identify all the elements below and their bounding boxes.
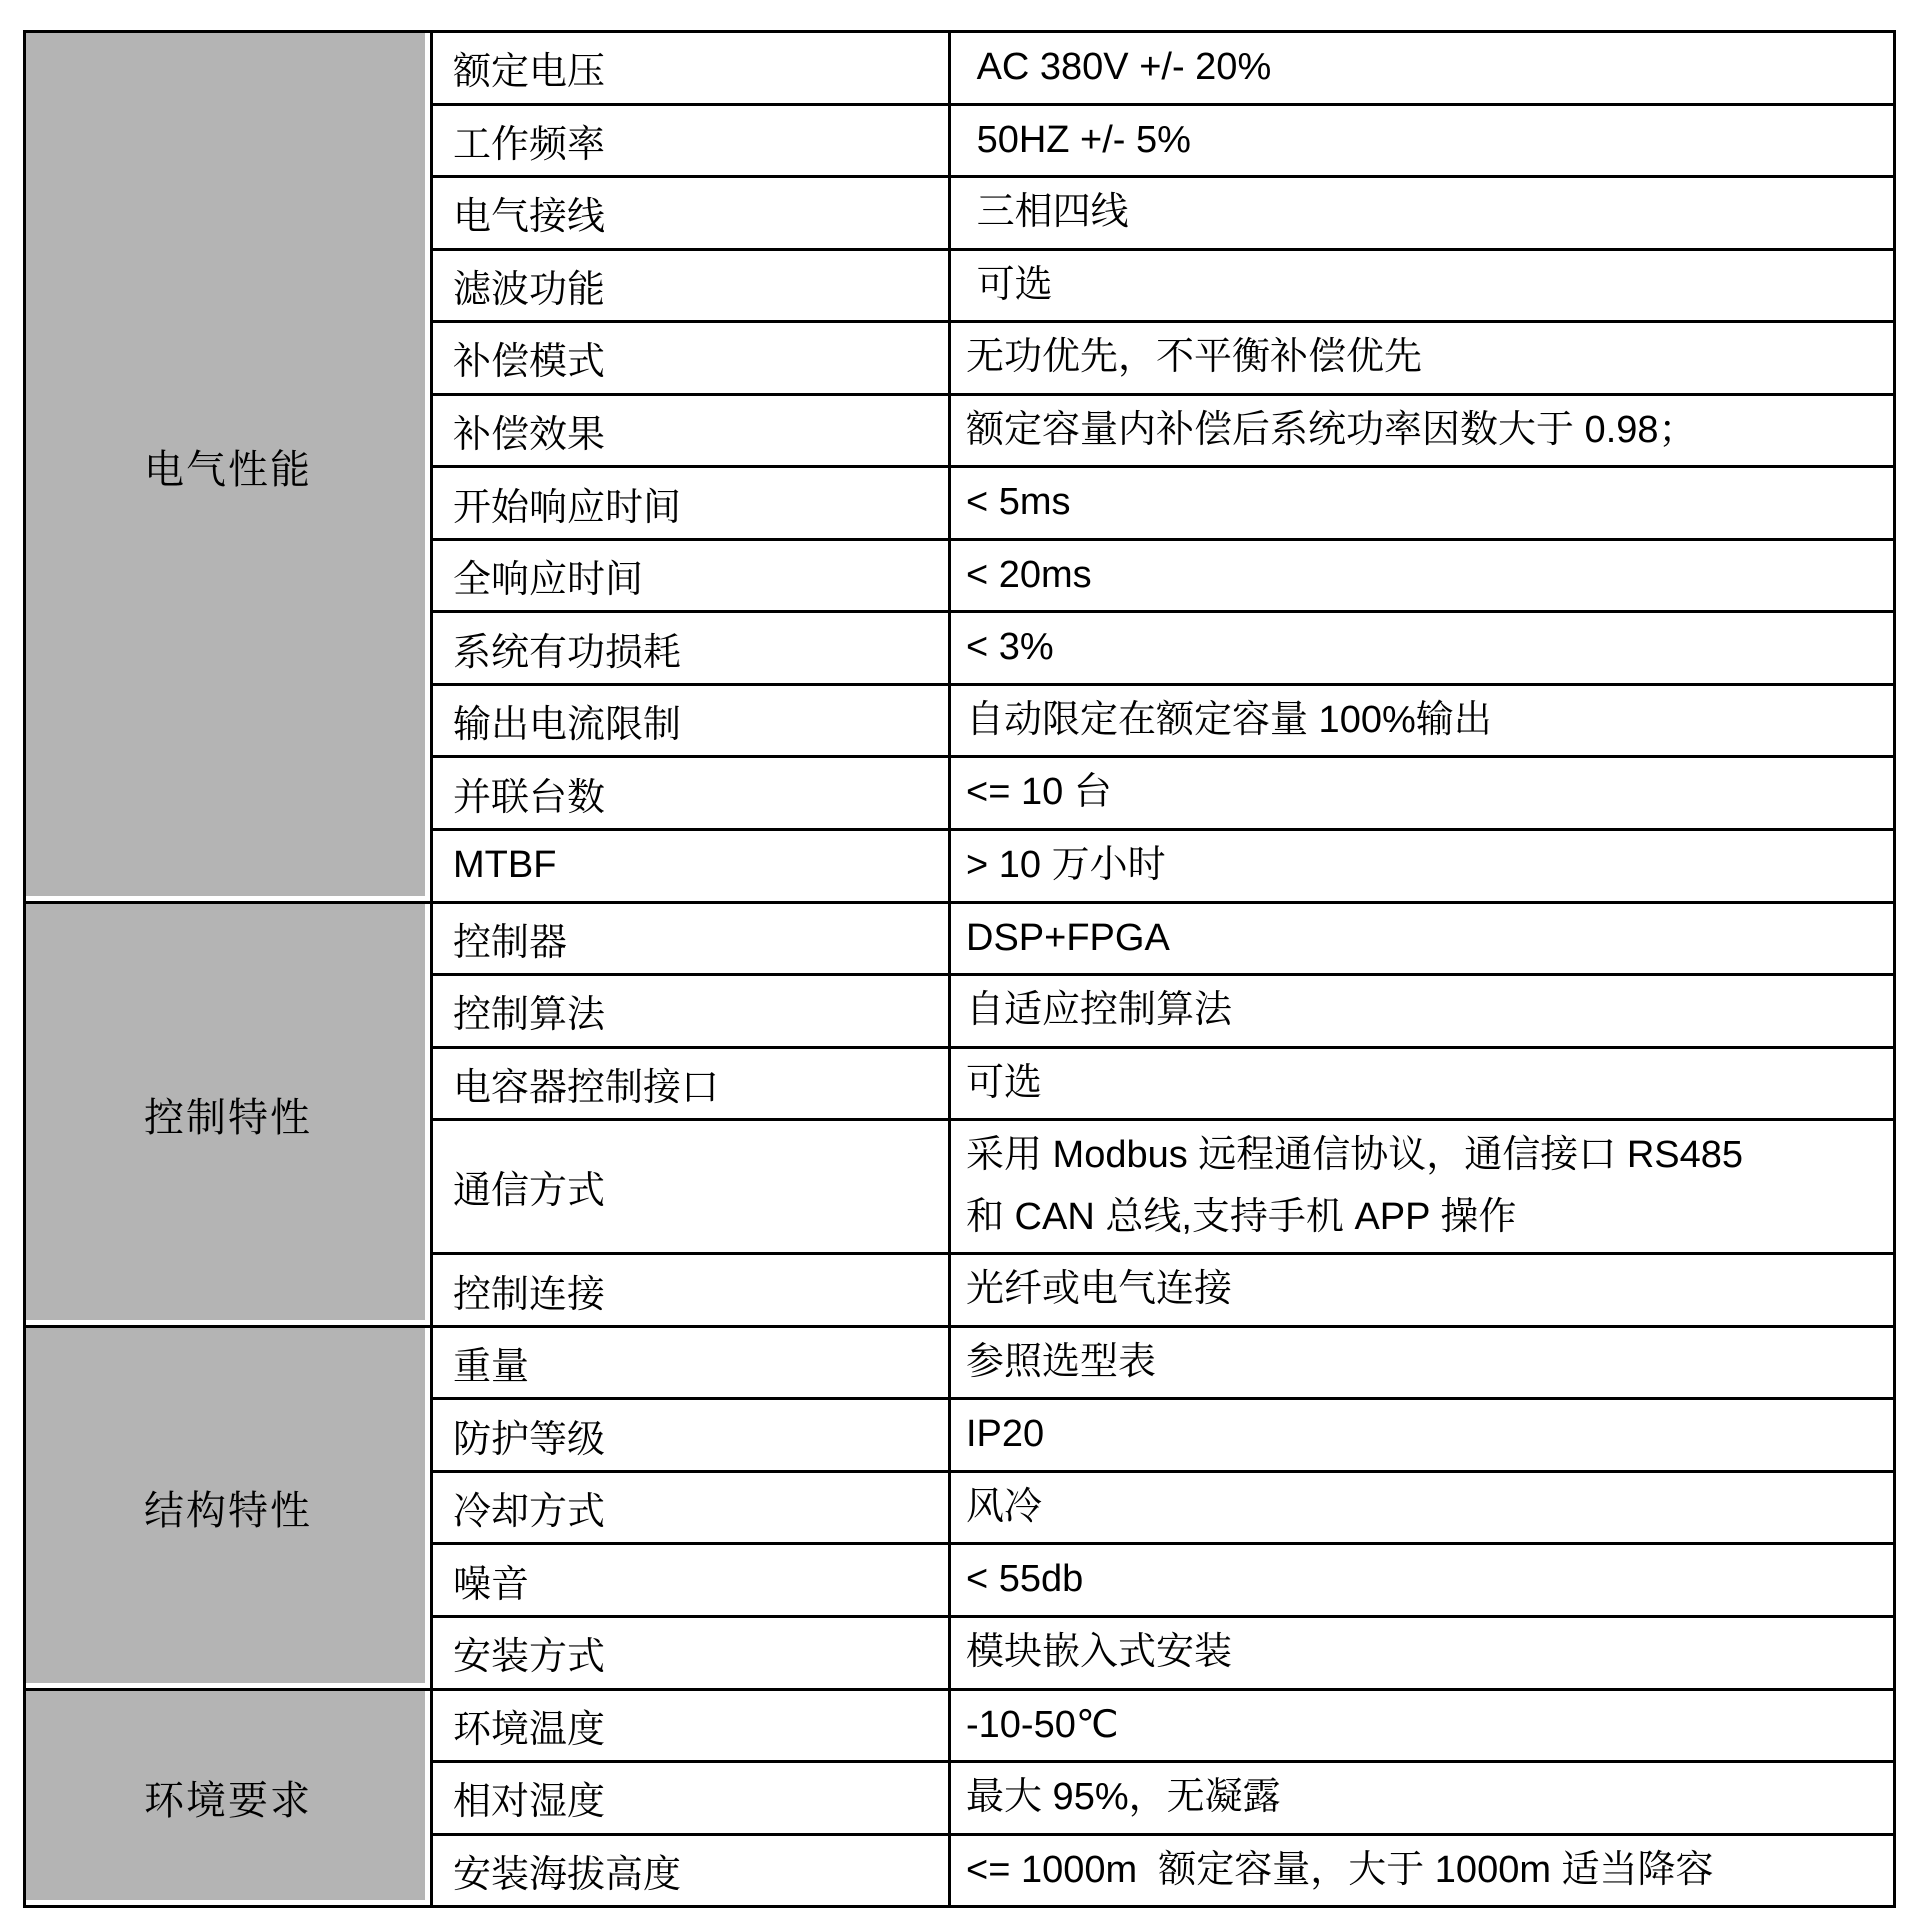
param-cell: 系统有功损耗 bbox=[432, 612, 950, 685]
value-cell: IP20 bbox=[950, 1399, 1895, 1472]
value-cell: < 55db bbox=[950, 1544, 1895, 1617]
param-cell: 全响应时间 bbox=[432, 539, 950, 612]
param-cell: 冷却方式 bbox=[432, 1471, 950, 1544]
page: { "colors": { "category_bg": "#b4b4b4", … bbox=[0, 0, 1920, 1909]
param-cell: 控制算法 bbox=[432, 975, 950, 1048]
value-cell: -10-50℃ bbox=[950, 1689, 1895, 1762]
value-cell: 模块嵌入式安装 bbox=[950, 1617, 1895, 1690]
param-cell: 输出电流限制 bbox=[432, 684, 950, 757]
param-cell: 补偿效果 bbox=[432, 394, 950, 467]
value-cell: 额定容量内补偿后系统功率因数大于 0.98； bbox=[950, 394, 1895, 467]
value-cell: < 20ms bbox=[950, 539, 1895, 612]
param-cell: 控制器 bbox=[432, 902, 950, 975]
table-row: 环境要求环境温度-10-50℃ bbox=[25, 1689, 1895, 1762]
param-cell: 电气接线 bbox=[432, 177, 950, 250]
param-cell: 控制连接 bbox=[432, 1254, 950, 1327]
value-cell: <= 10 台 bbox=[950, 757, 1895, 830]
value-cell: 三相四线 bbox=[950, 177, 1895, 250]
param-cell: 噪音 bbox=[432, 1544, 950, 1617]
param-cell: 通信方式 bbox=[432, 1120, 950, 1254]
param-cell: 环境温度 bbox=[432, 1689, 950, 1762]
param-cell: 相对湿度 bbox=[432, 1762, 950, 1835]
table-row: 结构特性重量参照选型表 bbox=[25, 1326, 1895, 1399]
value-cell: 可选 bbox=[950, 249, 1895, 322]
table-row: 电气性能额定电压 AC 380V +/- 20% bbox=[25, 32, 1895, 105]
param-cell: 工作频率 bbox=[432, 104, 950, 177]
category-cell: 控制特性 bbox=[25, 902, 432, 1326]
param-cell: 防护等级 bbox=[432, 1399, 950, 1472]
value-cell: 无功优先，不平衡补偿优先 bbox=[950, 322, 1895, 395]
value-cell: 参照选型表 bbox=[950, 1326, 1895, 1399]
category-cell: 结构特性 bbox=[25, 1326, 432, 1689]
value-cell: DSP+FPGA bbox=[950, 902, 1895, 975]
param-cell: MTBF bbox=[432, 830, 950, 903]
value-cell: > 10 万小时 bbox=[950, 830, 1895, 903]
param-cell: 并联台数 bbox=[432, 757, 950, 830]
value-cell: < 5ms bbox=[950, 467, 1895, 540]
value-cell: < 3% bbox=[950, 612, 1895, 685]
value-cell: <= 1000m 额定容量，大于 1000m 适当降容 bbox=[950, 1834, 1895, 1907]
category-cell: 环境要求 bbox=[25, 1689, 432, 1907]
param-cell: 额定电压 bbox=[432, 32, 950, 105]
value-cell: 光纤或电气连接 bbox=[950, 1254, 1895, 1327]
category-cell: 电气性能 bbox=[25, 32, 432, 903]
param-cell: 滤波功能 bbox=[432, 249, 950, 322]
value-cell: AC 380V +/- 20% bbox=[950, 32, 1895, 105]
param-cell: 重量 bbox=[432, 1326, 950, 1399]
value-cell: 自适应控制算法 bbox=[950, 975, 1895, 1048]
spec-table-body: 电气性能额定电压 AC 380V +/- 20%工作频率 50HZ +/- 5%… bbox=[25, 32, 1895, 1907]
table-row: 控制特性控制器DSP+FPGA bbox=[25, 902, 1895, 975]
param-cell: 开始响应时间 bbox=[432, 467, 950, 540]
param-cell: 电容器控制接口 bbox=[432, 1047, 950, 1120]
value-cell: 可选 bbox=[950, 1047, 1895, 1120]
value-cell: 风冷 bbox=[950, 1471, 1895, 1544]
value-cell: 自动限定在额定容量 100%输出 bbox=[950, 684, 1895, 757]
spec-table: 电气性能额定电压 AC 380V +/- 20%工作频率 50HZ +/- 5%… bbox=[23, 30, 1896, 1908]
param-cell: 补偿模式 bbox=[432, 322, 950, 395]
param-cell: 安装方式 bbox=[432, 1617, 950, 1690]
value-cell: 50HZ +/- 5% bbox=[950, 104, 1895, 177]
value-cell: 最大 95%，无凝露 bbox=[950, 1762, 1895, 1835]
param-cell: 安装海拔高度 bbox=[432, 1834, 950, 1907]
value-cell: 采用 Modbus 远程通信协议，通信接口 RS485 和 CAN 总线,支持手… bbox=[950, 1120, 1895, 1254]
